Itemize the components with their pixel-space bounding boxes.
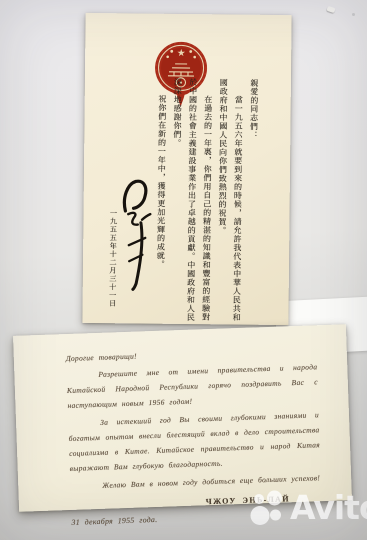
greeting-card: 親愛的同志們： 當一九五六年就要到來的時候，請允許我代表中華人民共和國政府和中國… <box>82 13 291 325</box>
letter-paragraph: Разрешите мне от имени правительства и н… <box>66 359 318 413</box>
translation-letter: Дорогие товарищи! Разрешите мне от имени… <box>13 324 352 512</box>
greeting-date: 一九五五年十二月三十一日 <box>107 209 118 315</box>
photo-of-documents: 親愛的同志們： 當一九五六年就要到來的時候，請允許我代表中華人民共和國政府和中國… <box>0 0 367 540</box>
greeting-text: 親愛的同志們： 當一九五六年就要到來的時候，請允許我代表中華人民共和國政府和中國… <box>152 78 262 324</box>
zhou-enlai-signature <box>114 177 157 295</box>
paper-speck <box>352 13 355 16</box>
greeting-paragraph: 當一九五六年就要到來的時候，請允許我代表中華人民共和國政府和中國人民向你們致熱烈… <box>213 78 246 323</box>
letter-text: Дорогие товарищи! Разрешите мне от имени… <box>13 324 352 512</box>
paper-speck <box>326 6 335 13</box>
greeting-salutation: 親愛的同志們： <box>244 79 262 324</box>
letter-paragraph: За истекший год Вы своими глубокими знан… <box>68 407 321 476</box>
greeting-paragraph: 在過去的一年裏，你們用自己的精湛的知識和豐富的經驗對於中國的社會主義建設事業作出… <box>168 78 216 323</box>
